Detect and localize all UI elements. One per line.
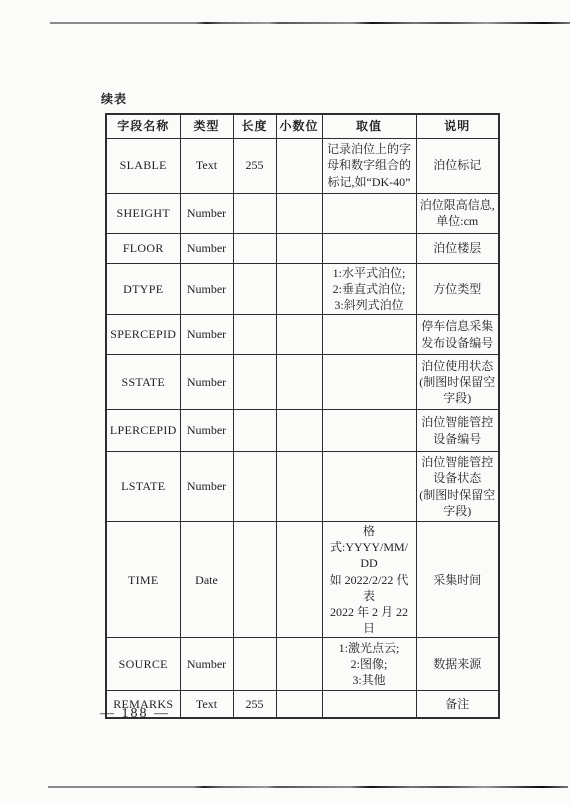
type-cell: Date	[180, 522, 233, 638]
value-cell: 1:水平式泊位; 2:垂直式泊位; 3:斜列式泊位	[322, 263, 416, 315]
table-row: FLOOR Number 泊位楼层	[106, 233, 499, 263]
scan-artifact-bottom-edge	[48, 786, 568, 788]
description-cell: 方位类型	[416, 263, 499, 315]
decimals-cell	[276, 193, 322, 233]
description-cell: 泊位楼层	[416, 233, 499, 263]
table-row: SLABLE Text 255 记录泊位上的字母和数字组合的标记,如“DK-40…	[106, 138, 499, 193]
length-cell	[233, 522, 276, 638]
scan-artifact-top-edge	[50, 22, 570, 24]
table-row: LPERCEPID Number 泊位智能管控设备编号	[106, 410, 499, 452]
decimals-cell	[276, 410, 322, 452]
length-cell	[233, 233, 276, 263]
value-cell	[322, 452, 416, 522]
type-cell: Number	[180, 410, 233, 452]
table-header-row: 字段名称 类型 长度 小数位 取值 说明	[106, 114, 499, 138]
length-cell	[233, 410, 276, 452]
column-header-length: 长度	[233, 114, 276, 138]
value-cell: 格式:YYYY/MM/ DD 如 2022/2/22 代表 2022 年 2 月…	[322, 522, 416, 638]
length-cell	[233, 263, 276, 315]
column-header-value: 取值	[322, 114, 416, 138]
field-name-cell: SHEIGHT	[106, 193, 180, 233]
description-cell: 数据来源	[416, 638, 499, 691]
value-cell	[322, 193, 416, 233]
value-cell: 1:激光点云; 2:图像; 3:其他	[322, 638, 416, 691]
field-name-cell: TIME	[106, 522, 180, 638]
decimals-cell	[276, 638, 322, 691]
decimals-cell	[276, 233, 322, 263]
description-cell: 备注	[416, 691, 499, 718]
field-name-cell: DTYPE	[106, 263, 180, 315]
column-header-field: 字段名称	[106, 114, 180, 138]
continued-table-label: 续表	[101, 90, 127, 107]
value-cell	[322, 233, 416, 263]
length-cell	[233, 638, 276, 691]
table-row: SHEIGHT Number 泊位限高信息,单位:cm	[106, 193, 499, 233]
scanned-document-page: 续表 字段名称 类型 长度 小数位 取值 说明 SLABLE Text 255 …	[0, 0, 570, 804]
field-name-cell: LSTATE	[106, 452, 180, 522]
field-name-cell: SOURCE	[106, 638, 180, 691]
description-cell: 泊位标记	[416, 138, 499, 193]
description-cell: 泊位使用状态 (制图时保留空字段)	[416, 355, 499, 410]
value-cell	[322, 691, 416, 718]
field-name-cell: SPERCEPID	[106, 315, 180, 355]
column-header-decimals: 小数位	[276, 114, 322, 138]
field-name-cell: LPERCEPID	[106, 410, 180, 452]
length-cell	[233, 193, 276, 233]
decimals-cell	[276, 452, 322, 522]
length-cell	[233, 315, 276, 355]
column-header-type: 类型	[180, 114, 233, 138]
length-cell	[233, 355, 276, 410]
type-cell: Number	[180, 452, 233, 522]
field-name-cell: SSTATE	[106, 355, 180, 410]
type-cell: Number	[180, 263, 233, 315]
field-name-cell: FLOOR	[106, 233, 180, 263]
table-row: DTYPE Number 1:水平式泊位; 2:垂直式泊位; 3:斜列式泊位 方…	[106, 263, 499, 315]
length-cell	[233, 452, 276, 522]
field-name-cell: SLABLE	[106, 138, 180, 193]
type-cell: Text	[180, 138, 233, 193]
decimals-cell	[276, 522, 322, 638]
type-cell: Number	[180, 315, 233, 355]
table-row: TIME Date 格式:YYYY/MM/ DD 如 2022/2/22 代表 …	[106, 522, 499, 638]
length-cell: 255	[233, 138, 276, 193]
table-row: SPERCEPID Number 停车信息采集发布设备编号	[106, 315, 499, 355]
type-cell: Number	[180, 233, 233, 263]
description-cell: 泊位智能管控设备编号	[416, 410, 499, 452]
page-number: — 188 —	[100, 706, 170, 722]
decimals-cell	[276, 138, 322, 193]
value-cell	[322, 410, 416, 452]
description-cell: 采集时间	[416, 522, 499, 638]
decimals-cell	[276, 263, 322, 315]
value-cell: 记录泊位上的字母和数字组合的标记,如“DK-40”	[322, 138, 416, 193]
field-definition-table: 字段名称 类型 长度 小数位 取值 说明 SLABLE Text 255 记录泊…	[105, 113, 500, 719]
type-cell: Number	[180, 355, 233, 410]
table-row: SOURCE Number 1:激光点云; 2:图像; 3:其他 数据来源	[106, 638, 499, 691]
type-cell: Text	[180, 691, 233, 718]
description-cell: 泊位限高信息,单位:cm	[416, 193, 499, 233]
table-row: SSTATE Number 泊位使用状态 (制图时保留空字段)	[106, 355, 499, 410]
decimals-cell	[276, 355, 322, 410]
table-row: LSTATE Number 泊位智能管控设备状态 (制图时保留空字段)	[106, 452, 499, 522]
description-cell: 泊位智能管控设备状态 (制图时保留空字段)	[416, 452, 499, 522]
column-header-description: 说明	[416, 114, 499, 138]
type-cell: Number	[180, 193, 233, 233]
decimals-cell	[276, 691, 322, 718]
type-cell: Number	[180, 638, 233, 691]
decimals-cell	[276, 315, 322, 355]
description-cell: 停车信息采集发布设备编号	[416, 315, 499, 355]
value-cell	[322, 315, 416, 355]
length-cell: 255	[233, 691, 276, 718]
value-cell	[322, 355, 416, 410]
